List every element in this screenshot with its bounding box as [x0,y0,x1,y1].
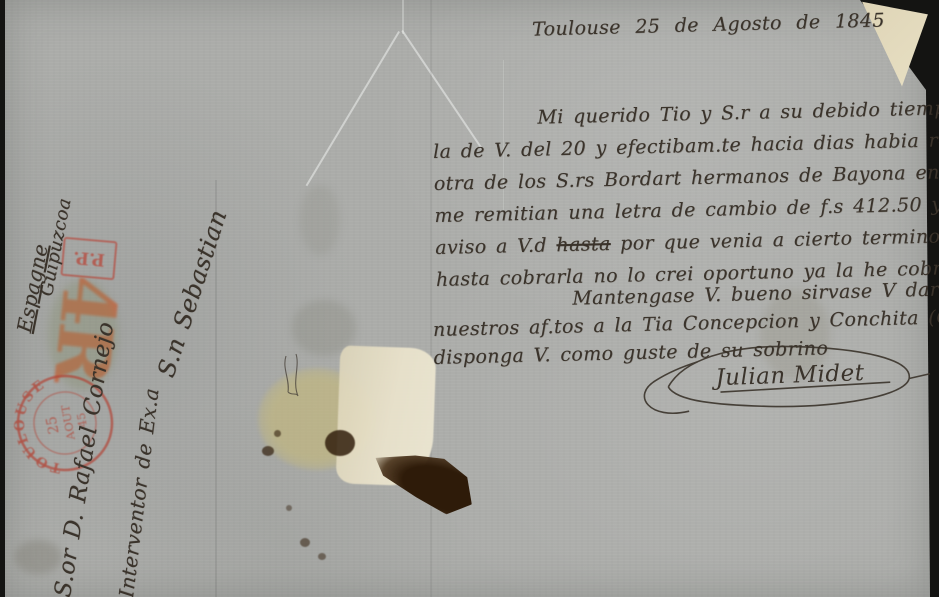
struck-word: hasta [556,233,611,256]
wax-spot [274,430,281,437]
wax-spot [262,446,274,456]
pencil-squiggle [280,352,320,400]
stain-smudge [300,185,340,255]
wax-spot [300,538,310,547]
wax-spot [325,430,355,456]
wax-spot [286,505,292,511]
pp-stamp-label: P.P. [72,247,105,270]
body-paragraph-1: Mi querido Tio y S.r a su debido tiempo … [432,92,939,296]
wax-spot [318,553,326,560]
signature-name: Julian Midet [711,360,865,391]
letter-scan: P.P. 4R TOULOUSE 25 AOUT 45 Espagne Guip… [0,0,939,597]
fold-crease [402,0,404,34]
signature-flourish: Julian Midet [627,333,935,422]
